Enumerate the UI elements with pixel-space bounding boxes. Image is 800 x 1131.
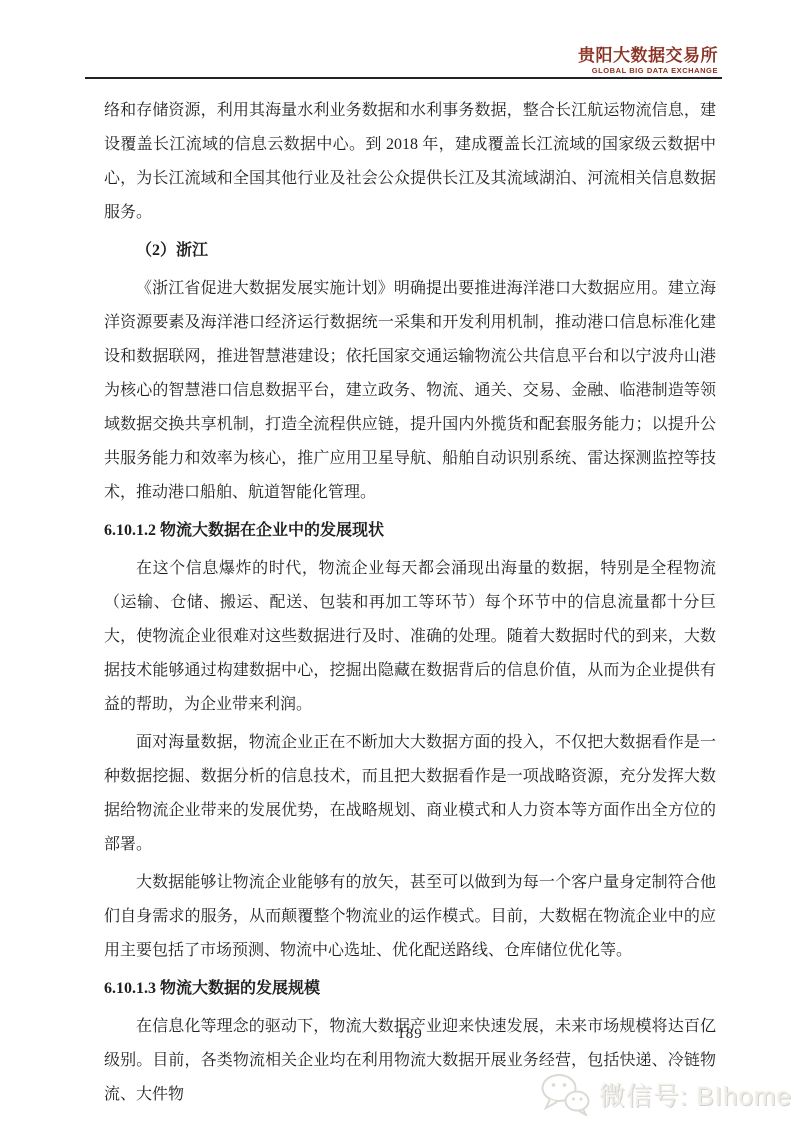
- page-content: 络和存储资源，利用其海量水利业务数据和水利事务数据，整合长江航运物流信息，建设覆…: [104, 94, 716, 1116]
- section-heading-6-10-1-2: 6.10.1.2 物流大数据在企业中的发展现状: [104, 514, 716, 548]
- paragraph-customized-service: 大数据能够让物流企业能够有的放矢，甚至可以做到为每一个客户量身定制符合他们自身需…: [104, 866, 716, 968]
- watermark: 微信号: BIhome: [539, 1072, 792, 1116]
- header-divider: [85, 77, 722, 79]
- paragraph-continuation: 络和存储资源，利用其海量水利业务数据和水利事务数据，整合长江航运物流信息，建设覆…: [104, 94, 716, 230]
- wechat-icon: [539, 1072, 591, 1116]
- logo-title: 贵阳大数据交易所: [578, 47, 718, 64]
- paragraph-zhejiang-plan: 《浙江省促进大数据发展实施计划》明确提出要推进海洋港口大数据应用。建立海洋资源要…: [104, 272, 716, 510]
- document-page: 贵阳大数据交易所 GLOBAL BIG DATA EXCHANGE 络和存储资源…: [0, 0, 800, 1131]
- subsection-heading-zhejiang: （2）浙江: [104, 234, 716, 268]
- logo-subtitle: GLOBAL BIG DATA EXCHANGE: [578, 67, 718, 75]
- page-number: 189: [104, 1026, 716, 1043]
- watermark-text: 微信号: BIhome: [599, 1076, 792, 1113]
- logo: 贵阳大数据交易所 GLOBAL BIG DATA EXCHANGE: [578, 47, 718, 75]
- paragraph-information-explosion: 在这个信息爆炸的时代，物流企业每天都会涌现出海量的数据，特别是全程物流（运输、仓…: [104, 552, 716, 722]
- paragraph-enterprise-investment: 面对海量数据，物流企业正在不断加大大数据方面的投入，不仅把大数据看作是一种数据挖…: [104, 726, 716, 862]
- section-heading-6-10-1-3: 6.10.1.3 物流大数据的发展规模: [104, 972, 716, 1006]
